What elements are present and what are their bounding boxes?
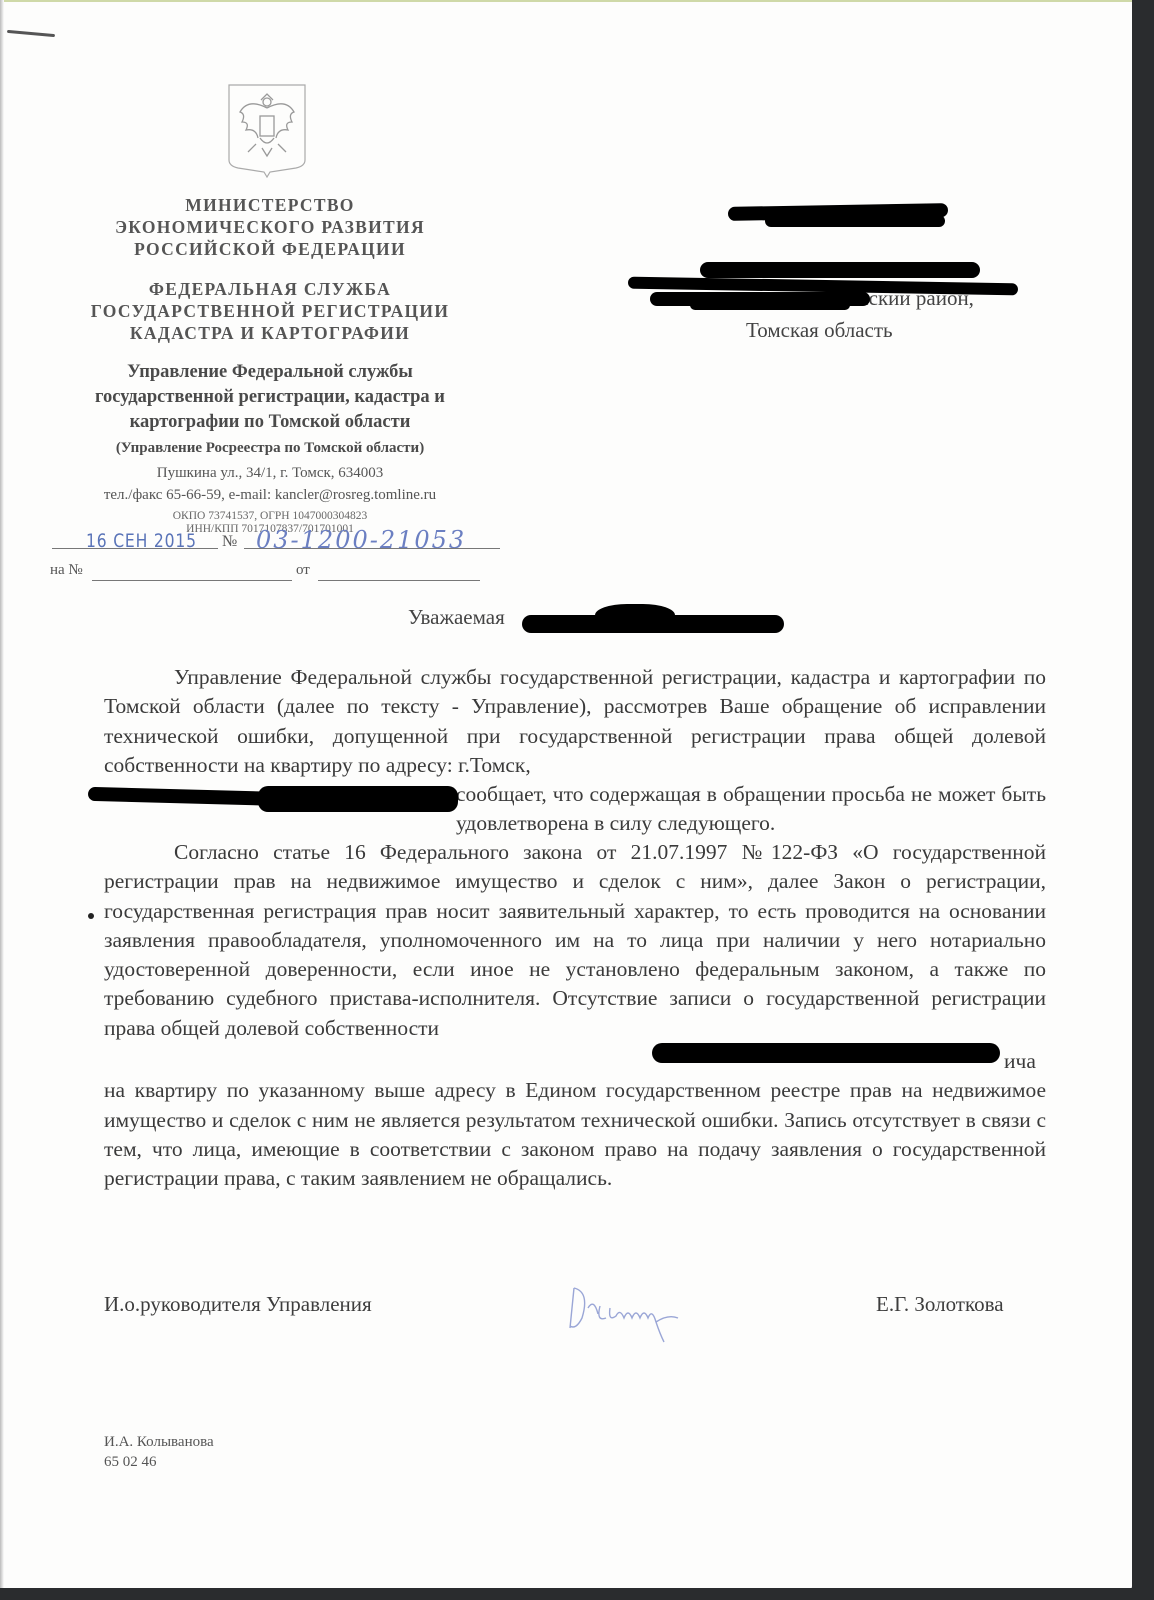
reference-number-line <box>92 580 292 581</box>
scan-dot <box>88 913 94 919</box>
service-line: ГОСУДАРСТВЕННОЙ РЕГИСТРАЦИИ <box>40 300 500 322</box>
reference-number-label: на № <box>50 562 83 579</box>
ministry-line: ЭКОНОМИЧЕСКОГО РАЗВИТИЯ <box>40 216 500 238</box>
office-contact: тел./факс 65-66-59, e-mail: kancler@rosr… <box>40 487 500 504</box>
handwritten-signature <box>560 1278 710 1346</box>
service-line: ФЕДЕРАЛЬНАЯ СЛУЖБА <box>40 278 500 300</box>
ministry-line: РОССИЙСКОЙ ФЕДЕРАЦИИ <box>40 238 500 260</box>
russian-coat-of-arms-icon <box>226 82 308 178</box>
paper-edge <box>0 0 1132 2</box>
office-line: Управление Федеральной службы <box>40 360 500 385</box>
paragraph-text: ича на квартиру по указанному выше адрес… <box>104 1047 1046 1193</box>
service-name: ФЕДЕРАЛЬНАЯ СЛУЖБА ГОСУДАРСТВЕННОЙ РЕГИС… <box>40 278 500 344</box>
redaction <box>595 604 675 632</box>
executor-phone: 65 02 46 <box>104 1452 214 1472</box>
paragraph-2: Согласно статье 16 Федерального закона о… <box>104 838 1046 1043</box>
signatory-title: И.о.руководителя Управления <box>104 1292 372 1317</box>
scan-mark <box>7 30 55 37</box>
executor-block: И.А. Колыванова 65 02 46 <box>104 1432 214 1472</box>
executor-name: И.А. Колыванова <box>104 1432 214 1452</box>
ministry-name: МИНИСТЕРСТВО ЭКОНОМИЧЕСКОГО РАЗВИТИЯ РОС… <box>40 194 500 260</box>
office-short-name: (Управление Росреестра по Томской област… <box>40 440 500 457</box>
registration-number: 03-1200-21053 <box>256 526 466 554</box>
office-line: картографии по Томской области <box>40 410 500 435</box>
number-underline <box>244 548 500 549</box>
service-line: КАДАСТРА И КАРТОГРАФИИ <box>40 322 500 344</box>
paragraph-1: Управление Федеральной службы государств… <box>104 663 1046 780</box>
office-line: государственной регистрации, кадастра и <box>40 385 500 410</box>
ministry-line: МИНИСТЕРСТВО <box>40 194 500 216</box>
date-underline <box>52 548 218 549</box>
redaction <box>690 300 850 310</box>
redaction <box>258 786 458 812</box>
reference-date-line <box>318 580 480 581</box>
paragraph-text: сообщает, что содержащая в обращении про… <box>104 780 1046 839</box>
office-name: Управление Федеральной службы государств… <box>40 360 500 435</box>
letter-page: МИНИСТЕРСТВО ЭКОНОМИЧЕСКОГО РАЗВИТИЯ РОС… <box>0 0 1132 1592</box>
paragraph-text: Управление Федеральной службы государств… <box>104 663 1046 780</box>
number-label: № <box>222 533 237 551</box>
redaction <box>765 215 945 227</box>
okpo-ogrn: ОКПО 73741537, ОГРН 1047000304823 <box>40 510 500 523</box>
paragraph-text: Согласно статье 16 Федерального закона о… <box>104 838 1046 1043</box>
paragraph-3: ича на квартиру по указанному выше адрес… <box>104 1047 1046 1193</box>
recipient-region: Томская область <box>746 318 893 343</box>
redaction <box>700 262 980 278</box>
paragraph-1-continued: сообщает, что содержащая в обращении про… <box>104 780 1046 839</box>
scan-shadow <box>0 0 4 1592</box>
office-address: Пушкина ул., 34/1, г. Томск, 634003 <box>40 465 500 482</box>
scanner-background <box>0 1588 1154 1600</box>
salutation: Уважаемая <box>408 605 505 630</box>
reference-date-label: от <box>296 562 310 579</box>
signatory-name: Е.Г. Золоткова <box>876 1292 1004 1317</box>
